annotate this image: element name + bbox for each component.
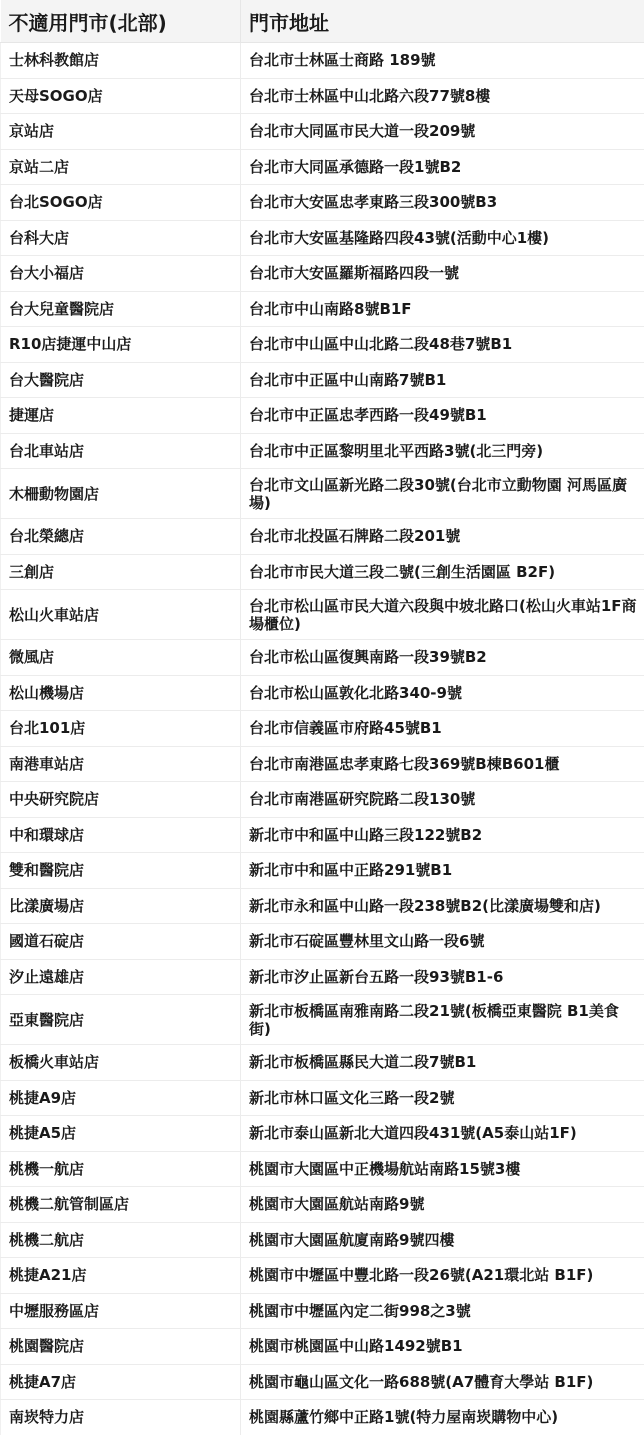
store-name-cell: 中壢服務區店 bbox=[1, 1293, 241, 1329]
table-row: 微風店台北市松山區復興南路一段39號B2 bbox=[1, 640, 644, 676]
store-name-cell: 台北101店 bbox=[1, 711, 241, 747]
table-row: 汐止遠雄店新北市汐止區新台五路一段93號B1-6 bbox=[1, 959, 644, 995]
table-row: 桃園醫院店桃園市桃園區中山路1492號B1 bbox=[1, 1329, 644, 1365]
store-name-cell: 士林科教館店 bbox=[1, 43, 241, 79]
store-address-cell: 台北市士林區士商路 189號 bbox=[241, 43, 644, 79]
store-address-cell: 台北市中正區中山南路7號B1 bbox=[241, 362, 644, 398]
store-address-cell: 台北市松山區復興南路一段39號B2 bbox=[241, 640, 644, 676]
column-header-address: 門市地址 bbox=[241, 0, 644, 43]
store-address-cell: 台北市松山區市民大道六段與中坡北路口(松山火車站1F商場櫃位) bbox=[241, 590, 644, 640]
table-row: 台北101店台北市信義區市府路45號B1 bbox=[1, 711, 644, 747]
table-header-row: 不適用門市(北部) 門市地址 bbox=[1, 0, 644, 43]
store-name-cell: 松山火車站店 bbox=[1, 590, 241, 640]
store-address-cell: 桃園市大園區中正機場航站南路15號3樓 bbox=[241, 1151, 644, 1187]
store-name-cell: 松山機場店 bbox=[1, 675, 241, 711]
store-table: 不適用門市(北部) 門市地址 士林科教館店台北市士林區士商路 189號 天母SO… bbox=[0, 0, 644, 1435]
store-address-cell: 新北市板橋區南雅南路二段21號(板橋亞東醫院 B1美食街) bbox=[241, 995, 644, 1045]
store-name-cell: 京站店 bbox=[1, 114, 241, 150]
store-name-cell: 比漾廣場店 bbox=[1, 888, 241, 924]
store-address-cell: 台北市士林區中山北路六段77號8樓 bbox=[241, 78, 644, 114]
store-name-cell: 京站二店 bbox=[1, 149, 241, 185]
table-row: 桃捷A5店新北市泰山區新北大道四段431號(A5泰山站1F) bbox=[1, 1116, 644, 1152]
store-address-cell: 台北市北投區石牌路二段201號 bbox=[241, 519, 644, 555]
store-address-cell: 台北市中山南路8號B1F bbox=[241, 291, 644, 327]
store-name-cell: 汐止遠雄店 bbox=[1, 959, 241, 995]
store-address-cell: 新北市泰山區新北大道四段431號(A5泰山站1F) bbox=[241, 1116, 644, 1152]
store-name-cell: 板橋火車站店 bbox=[1, 1045, 241, 1081]
store-address-cell: 台北市中山區中山北路二段48巷7號B1 bbox=[241, 327, 644, 363]
store-name-cell: 台科大店 bbox=[1, 220, 241, 256]
store-address-cell: 新北市中和區中正路291號B1 bbox=[241, 853, 644, 889]
table-row: 桃捷A9店新北市林口區文化三路一段2號 bbox=[1, 1080, 644, 1116]
store-name-cell: 亞東醫院店 bbox=[1, 995, 241, 1045]
store-name-cell: 台大兒童醫院店 bbox=[1, 291, 241, 327]
table-row: 台大兒童醫院店台北市中山南路8號B1F bbox=[1, 291, 644, 327]
table-row: R10店捷運中山店台北市中山區中山北路二段48巷7號B1 bbox=[1, 327, 644, 363]
table-row: 台科大店台北市大安區基隆路四段43號(活動中心1樓) bbox=[1, 220, 644, 256]
store-name-cell: 台大小福店 bbox=[1, 256, 241, 292]
table-row: 台北SOGO店台北市大安區忠孝東路三段300號B3 bbox=[1, 185, 644, 221]
table-row: 南崁特力店桃園縣蘆竹鄉中正路1號(特力屋南崁購物中心) bbox=[1, 1400, 644, 1435]
table-row: 中央研究院店台北市南港區研究院路二段130號 bbox=[1, 782, 644, 818]
store-name-cell: 桃捷A21店 bbox=[1, 1258, 241, 1294]
store-address-cell: 台北市大安區羅斯福路四段一號 bbox=[241, 256, 644, 292]
store-address-cell: 台北市市民大道三段二號(三創生活園區 B2F) bbox=[241, 554, 644, 590]
store-address-cell: 新北市汐止區新台五路一段93號B1-6 bbox=[241, 959, 644, 995]
store-name-cell: 微風店 bbox=[1, 640, 241, 676]
store-name-cell: R10店捷運中山店 bbox=[1, 327, 241, 363]
store-name-cell: 台北SOGO店 bbox=[1, 185, 241, 221]
store-address-cell: 桃園市中壢區內定二街998之3號 bbox=[241, 1293, 644, 1329]
table-row: 桃機二航管制區店桃園市大園區航站南路9號 bbox=[1, 1187, 644, 1223]
table-row: 木柵動物園店台北市文山區新光路二段30號(台北市立動物園 河馬區廣場) bbox=[1, 469, 644, 519]
store-name-cell: 桃機二航管制區店 bbox=[1, 1187, 241, 1223]
store-address-cell: 桃園市桃園區中山路1492號B1 bbox=[241, 1329, 644, 1365]
store-address-cell: 台北市信義區市府路45號B1 bbox=[241, 711, 644, 747]
table-row: 士林科教館店台北市士林區士商路 189號 bbox=[1, 43, 644, 79]
store-name-cell: 中央研究院店 bbox=[1, 782, 241, 818]
store-name-cell: 三創店 bbox=[1, 554, 241, 590]
store-address-cell: 桃園市中壢區中豐北路一段26號(A21環北站 B1F) bbox=[241, 1258, 644, 1294]
store-name-cell: 桃捷A9店 bbox=[1, 1080, 241, 1116]
store-address-cell: 台北市南港區研究院路二段130號 bbox=[241, 782, 644, 818]
table-row: 京站二店台北市大同區承德路一段1號B2 bbox=[1, 149, 644, 185]
store-address-cell: 桃園市大園區航站南路9號 bbox=[241, 1187, 644, 1223]
table-row: 台北車站店台北市中正區黎明里北平西路3號(北三門旁) bbox=[1, 433, 644, 469]
table-row: 中和環球店新北市中和區中山路三段122號B2 bbox=[1, 817, 644, 853]
column-header-store: 不適用門市(北部) bbox=[1, 0, 241, 43]
store-address-cell: 台北市大同區承德路一段1號B2 bbox=[241, 149, 644, 185]
table-row: 松山火車站店台北市松山區市民大道六段與中坡北路口(松山火車站1F商場櫃位) bbox=[1, 590, 644, 640]
store-address-cell: 台北市大安區忠孝東路三段300號B3 bbox=[241, 185, 644, 221]
store-name-cell: 捷運店 bbox=[1, 398, 241, 434]
store-name-cell: 台北車站店 bbox=[1, 433, 241, 469]
store-name-cell: 桃機二航店 bbox=[1, 1222, 241, 1258]
table-row: 台北榮總店台北市北投區石牌路二段201號 bbox=[1, 519, 644, 555]
table-row: 桃機一航店桃園市大園區中正機場航站南路15號3樓 bbox=[1, 1151, 644, 1187]
store-name-cell: 南崁特力店 bbox=[1, 1400, 241, 1435]
store-name-cell: 南港車站店 bbox=[1, 746, 241, 782]
store-address-cell: 桃園縣蘆竹鄉中正路1號(特力屋南崁購物中心) bbox=[241, 1400, 644, 1435]
store-address-cell: 新北市板橋區縣民大道二段7號B1 bbox=[241, 1045, 644, 1081]
table-row: 松山機場店台北市松山區敦化北路340-9號 bbox=[1, 675, 644, 711]
store-name-cell: 台大醫院店 bbox=[1, 362, 241, 398]
store-address-cell: 桃園市龜山區文化一路688號(A7體育大學站 B1F) bbox=[241, 1364, 644, 1400]
store-address-cell: 台北市大同區市民大道一段209號 bbox=[241, 114, 644, 150]
store-address-cell: 台北市大安區基隆路四段43號(活動中心1樓) bbox=[241, 220, 644, 256]
store-address-cell: 台北市文山區新光路二段30號(台北市立動物園 河馬區廣場) bbox=[241, 469, 644, 519]
store-address-cell: 新北市石碇區豐林里文山路一段6號 bbox=[241, 924, 644, 960]
store-name-cell: 桃捷A5店 bbox=[1, 1116, 241, 1152]
table-row: 三創店台北市市民大道三段二號(三創生活園區 B2F) bbox=[1, 554, 644, 590]
store-address-cell: 新北市林口區文化三路一段2號 bbox=[241, 1080, 644, 1116]
table-row: 亞東醫院店新北市板橋區南雅南路二段21號(板橋亞東醫院 B1美食街) bbox=[1, 995, 644, 1045]
table-row: 南港車站店台北市南港區忠孝東路七段369號B棟B601櫃 bbox=[1, 746, 644, 782]
store-name-cell: 雙和醫院店 bbox=[1, 853, 241, 889]
table-row: 比漾廣場店新北市永和區中山路一段238號B2(比漾廣場雙和店) bbox=[1, 888, 644, 924]
table-row: 天母SOGO店台北市士林區中山北路六段77號8樓 bbox=[1, 78, 644, 114]
store-name-cell: 桃捷A7店 bbox=[1, 1364, 241, 1400]
store-name-cell: 台北榮總店 bbox=[1, 519, 241, 555]
store-address-cell: 台北市南港區忠孝東路七段369號B棟B601櫃 bbox=[241, 746, 644, 782]
store-address-cell: 桃園市大園區航廈南路9號四樓 bbox=[241, 1222, 644, 1258]
store-address-cell: 台北市中正區忠孝西路一段49號B1 bbox=[241, 398, 644, 434]
store-name-cell: 國道石碇店 bbox=[1, 924, 241, 960]
store-name-cell: 中和環球店 bbox=[1, 817, 241, 853]
store-address-cell: 新北市中和區中山路三段122號B2 bbox=[241, 817, 644, 853]
table-row: 國道石碇店新北市石碇區豐林里文山路一段6號 bbox=[1, 924, 644, 960]
table-row: 台大小福店台北市大安區羅斯福路四段一號 bbox=[1, 256, 644, 292]
table-row: 台大醫院店台北市中正區中山南路7號B1 bbox=[1, 362, 644, 398]
store-name-cell: 木柵動物園店 bbox=[1, 469, 241, 519]
table-row: 桃捷A21店桃園市中壢區中豐北路一段26號(A21環北站 B1F) bbox=[1, 1258, 644, 1294]
store-name-cell: 桃園醫院店 bbox=[1, 1329, 241, 1365]
store-address-cell: 台北市中正區黎明里北平西路3號(北三門旁) bbox=[241, 433, 644, 469]
store-name-cell: 天母SOGO店 bbox=[1, 78, 241, 114]
table-row: 雙和醫院店新北市中和區中正路291號B1 bbox=[1, 853, 644, 889]
table-row: 桃機二航店桃園市大園區航廈南路9號四樓 bbox=[1, 1222, 644, 1258]
table-row: 桃捷A7店桃園市龜山區文化一路688號(A7體育大學站 B1F) bbox=[1, 1364, 644, 1400]
store-address-cell: 台北市松山區敦化北路340-9號 bbox=[241, 675, 644, 711]
store-name-cell: 桃機一航店 bbox=[1, 1151, 241, 1187]
table-row: 中壢服務區店桃園市中壢區內定二街998之3號 bbox=[1, 1293, 644, 1329]
table-row: 京站店台北市大同區市民大道一段209號 bbox=[1, 114, 644, 150]
store-address-cell: 新北市永和區中山路一段238號B2(比漾廣場雙和店) bbox=[241, 888, 644, 924]
table-row: 板橋火車站店新北市板橋區縣民大道二段7號B1 bbox=[1, 1045, 644, 1081]
table-row: 捷運店台北市中正區忠孝西路一段49號B1 bbox=[1, 398, 644, 434]
